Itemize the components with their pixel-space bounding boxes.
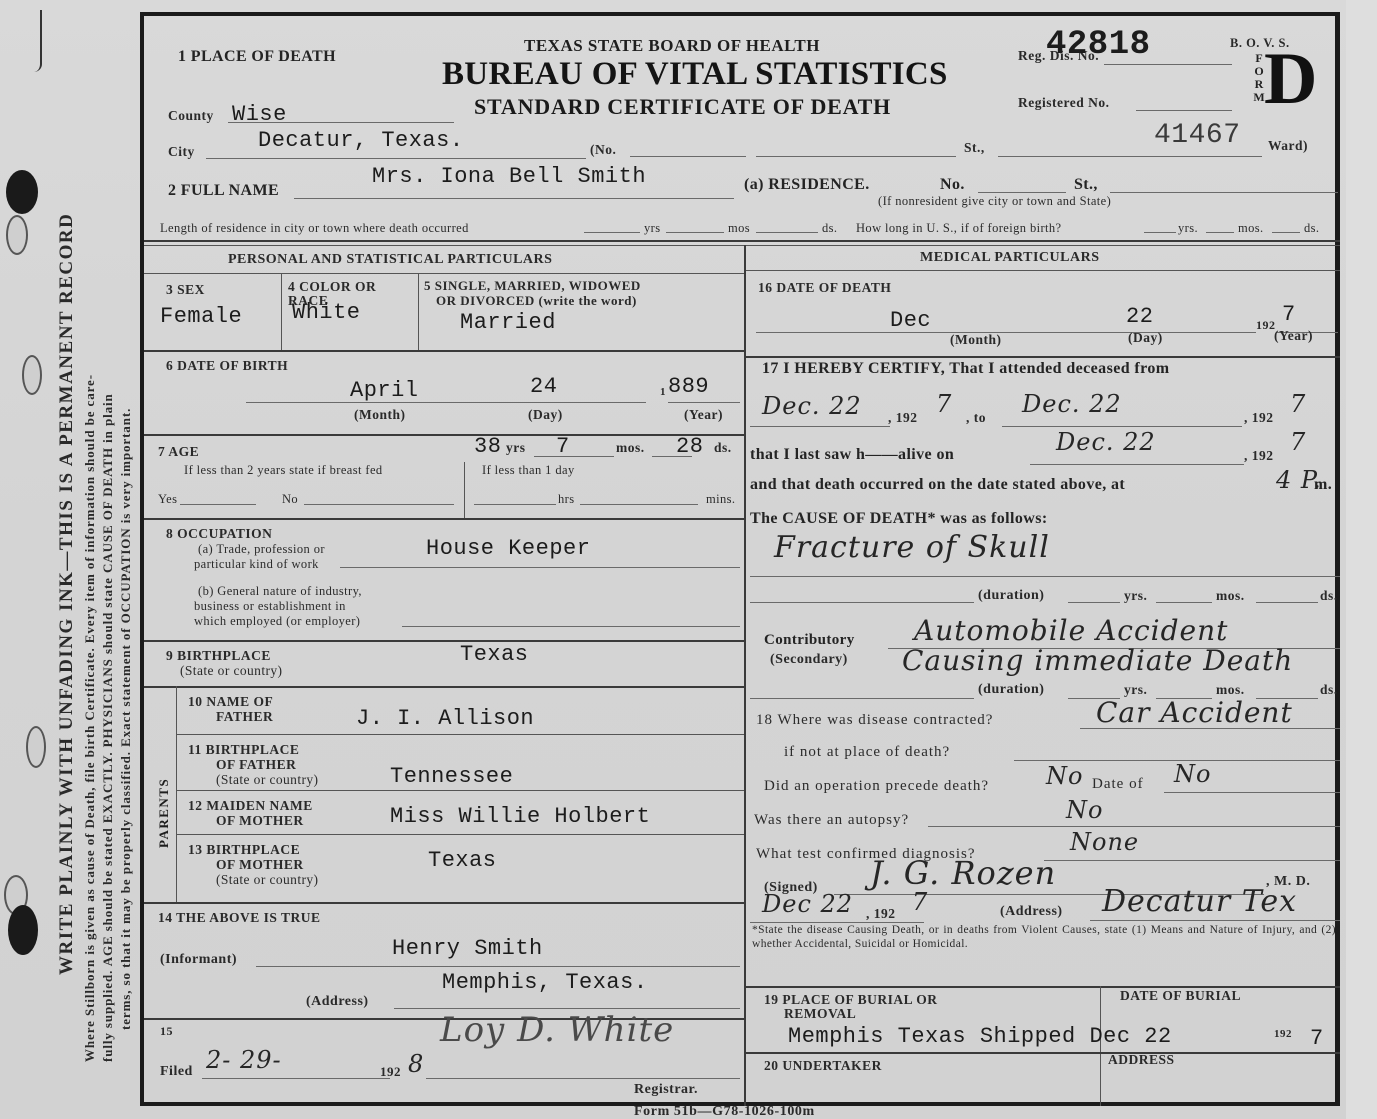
punch-ring-mid [22,355,42,395]
parents-vertical-label: PARENTS [156,778,172,848]
mother-birthplace-label-1: 13 BIRTHPLACE [188,842,300,858]
informant-label: (Informant) [160,952,237,968]
contributory-line-2: Causing immediate Death [902,644,1293,677]
ward-label: Ward) [1268,138,1308,154]
last-saw-statement: that I last saw h——alive on [750,446,954,464]
birthplace-value: Texas [460,642,529,667]
dob-day-caption: (Day) [528,407,563,423]
filed-year-prefix: 192 [380,1064,401,1080]
us-yrs-label: yrs. [1178,221,1198,236]
age-months-label: mos. [616,440,645,456]
mother-birthplace-label-2: OF MOTHER [216,857,304,873]
city-label: City [168,144,195,160]
operation-date-value: No [1174,760,1211,788]
occupation-value: House Keeper [426,536,590,561]
occupation-b-line-3: which employed (or employer) [194,614,360,629]
dod-month-caption: (Month) [950,332,1002,348]
less-than-day-note: If less than 1 day [482,463,575,478]
cause-duration-ds: ds. [1320,588,1338,604]
color-race-value: White [292,300,361,325]
occupation-b-line-1: (b) General nature of industry, [198,584,362,599]
margin-line-2: fully supplied. AGE should be stated EXA… [100,393,116,1062]
cause-of-death-label: The CAUSE OF DEATH* was as follows: [750,510,1048,528]
reg-dist-value: 42818 [1046,26,1151,64]
attended-from-year-prefix: , 192 [888,410,918,426]
residence-st-label: St., [1074,176,1098,194]
disease-contracted-value: Car Accident [1096,696,1293,729]
attended-to-value: Dec. 22 [1022,390,1122,418]
mother-name-value: Miss Willie Holbert [390,804,650,829]
undertaker-address-label: ADDRESS [1108,1052,1175,1068]
date-of-death-label: 16 DATE OF DEATH [758,280,891,296]
breast-fed-note: If less than 2 years state if breast fed [184,463,383,478]
right-edge-strip [1346,0,1377,1119]
cause-duration-mos: mos. [1216,588,1245,604]
marital-status-value: Married [460,310,556,335]
physician-signature: J. G. Rozen [870,854,1056,892]
father-name-label-1: 10 NAME OF [188,694,273,710]
dob-day-value: 24 [530,374,557,399]
certify-statement: 17 I HEREBY CERTIFY, That I attended dec… [762,360,1169,378]
dod-month-value: Dec [890,308,931,333]
filed-year-value: 8 [408,1050,424,1078]
length-yrs-label: yrs [644,221,660,236]
last-saw-year-value: 7 [1290,428,1306,456]
father-name-value: J. I. Allison [356,706,534,731]
father-birthplace-label-1: 11 BIRTHPLACE [188,742,299,758]
death-certificate-page: WRITE PLAINLY WITH UNFADING INK—THIS IS … [0,0,1377,1119]
not-at-place-label: if not at place of death? [784,744,950,761]
last-saw-value: Dec. 22 [1056,428,1156,456]
occupation-label: 8 OCCUPATION [166,526,272,542]
father-birthplace-label-3: (State or country) [216,772,318,788]
marital-status-label-2: OR DIVORCED (write the word) [436,293,637,309]
punch-ring-top [6,215,28,255]
signed-date-value: Dec 22 [762,890,853,918]
mother-birthplace-value: Texas [428,848,497,873]
cause-footnote: *State the disease Causing Death, or in … [752,924,1336,951]
dod-year-prefix: 192 [1256,318,1276,333]
operation-label: Did an operation precede death? [764,778,989,795]
punch-hole-bottom [8,905,38,955]
father-birthplace-label-2: OF FATHER [216,757,296,773]
margin-line-3: terms, so that it may be properly classi… [118,408,134,1030]
birthplace-sublabel: (State or country) [180,663,282,679]
length-of-residence-label: Length of residence in city or town wher… [160,221,469,236]
county-value: Wise [232,102,287,127]
cause-of-death-value: Fracture of Skull [774,530,1050,565]
death-time-statement: and that death occurred on the date stat… [750,476,1125,494]
burial-year-prefix: 192 [1274,1028,1292,1040]
dob-year-prefix: 1 [660,386,666,398]
item-15-label: 15 [160,1024,173,1039]
operation-value: No [1046,762,1083,790]
burial-place-label-2: REMOVAL [784,1006,856,1022]
hours-label: hrs [558,492,574,507]
autopsy-label: Was there an autopsy? [754,812,909,829]
form-code-letter: D [1264,42,1317,116]
us-mos-label: mos. [1238,221,1264,236]
father-birthplace-value: Tennessee [390,764,513,789]
death-time-suffix: m. [1314,476,1332,494]
filed-label: Filed [160,1064,193,1080]
margin-line-1: Where Stillborn is given as cause of Dea… [82,374,98,1062]
cause-duration-yrs: yrs. [1124,588,1147,604]
board-title: TEXAS STATE BOARD OF HEALTH [524,36,820,56]
dob-month-caption: (Month) [354,407,406,423]
burial-year-value: 7 [1310,1026,1324,1051]
signed-year-value: 7 [912,888,928,916]
age-label: 7 AGE [158,444,199,460]
dob-month-value: April [350,378,419,403]
disease-contracted-label: 18 Where was disease contracted? [756,712,993,729]
dod-year-value: 7 [1282,302,1296,327]
diagnosis-test-value: None [1070,828,1139,856]
autopsy-value: No [1066,796,1103,824]
full-name-label: 2 FULL NAME [168,182,279,200]
burial-date-label: DATE OF BURIAL [1120,988,1241,1004]
sex-label: 3 SEX [166,282,205,298]
date-of-birth-label: 6 DATE OF BIRTH [166,358,288,374]
physician-address-label: (Address) [1000,904,1063,920]
punch-hole-top [6,170,38,214]
punch-ring-lower [26,726,46,768]
attended-to-label: , to [966,410,986,426]
dod-day-value: 22 [1126,304,1153,329]
age-years-label: yrs [506,440,526,456]
form-number: Form 51b—G78-1026-100m [634,1104,815,1119]
attended-from-year-value: 7 [936,390,952,418]
sex-value: Female [160,304,242,329]
mother-birthplace-label-3: (State or country) [216,872,318,888]
length-ds-label: ds. [822,221,837,236]
occupation-b-line-2: business or establishment in [194,599,346,614]
bureau-title: BUREAU OF VITAL STATISTICS [442,56,948,93]
length-mos-label: mos [728,221,750,236]
mother-name-label-1: 12 MAIDEN NAME [188,798,313,814]
age-days-label: ds. [714,440,732,456]
residence-label: (a) RESIDENCE. [744,176,870,194]
occupation-a-line-1: (a) Trade, profession or [198,542,325,557]
age-days-value: 28 [676,434,703,459]
foreign-birth-label: How long in U. S., if of foreign birth? [856,221,1062,236]
contributory-line-1: Automobile Accident [914,614,1228,647]
attended-to-year-value: 7 [1290,390,1306,418]
dod-year-caption: (Year) [1274,328,1313,344]
dob-year-value: 889 [668,374,709,399]
attended-to-year-prefix: , 192 [1244,410,1274,426]
street-no-label: (No. [590,142,616,158]
breast-fed-no-label: No [282,492,298,507]
margin-pen-mark [34,10,42,72]
ward-value: 41467 [1154,120,1241,151]
registered-no-label: Registered No. [1018,95,1109,111]
registrar-signature: Loy D. White [440,1010,674,1050]
certificate-form: 1 PLACE OF DEATH TEXAS STATE BOARD OF HE… [140,12,1340,1106]
age-years-value: 38 [474,434,501,459]
contributory-duration-label: (duration) [978,682,1044,698]
street-label: St., [964,140,985,156]
age-months-value: 7 [556,434,570,459]
informant-address-value: Memphis, Texas. [442,970,648,995]
county-label: County [168,108,214,124]
us-ds-label: ds. [1304,221,1319,236]
filed-date-value: 2- 29- [206,1046,282,1074]
dod-day-caption: (Day) [1128,330,1163,346]
left-margin-instructions: WRITE PLAINLY WITH UNFADING INK—THIS IS … [0,0,138,1119]
place-of-death-label: 1 PLACE OF DEATH [178,48,336,66]
minutes-label: mins. [706,492,735,507]
registrar-label: Registrar. [634,1082,698,1098]
residence-no-label: No. [940,176,965,194]
burial-place-value: Memphis Texas Shipped Dec 22 [788,1024,1172,1049]
undertaker-label: 20 UNDERTAKER [764,1058,882,1074]
signed-year-prefix: , 192 [866,906,896,922]
contributory-label: Contributory [764,632,855,649]
attended-from-value: Dec. 22 [762,392,862,420]
informant-value: Henry Smith [392,936,543,961]
mother-name-label-2: OF MOTHER [216,813,304,829]
dob-year-caption: (Year) [684,407,723,423]
marital-status-label-1: 5 SINGLE, MARRIED, WIDOWED [424,278,641,294]
physician-address-value: Decatur Tex [1102,884,1297,919]
secondary-label: (Secondary) [770,652,848,668]
last-saw-year-prefix: , 192 [1244,448,1274,464]
medical-section-title: MEDICAL PARTICULARS [920,250,1100,266]
birthplace-label: 9 BIRTHPLACE [166,648,271,664]
margin-main-instruction: WRITE PLAINLY WITH UNFADING INK—THIS IS … [56,213,78,975]
contributory-duration-ds: ds. [1320,682,1338,698]
breast-fed-yes-label: Yes [158,492,177,507]
city-value: Decatur, Texas. [258,128,464,153]
operation-date-label: Date of [1092,776,1144,793]
nonresident-note: (If nonresident give city or town and St… [878,194,1111,209]
personal-section-title: PERSONAL AND STATISTICAL PARTICULARS [228,252,552,268]
full-name-value: Mrs. Iona Bell Smith [372,164,646,189]
cause-duration-label: (duration) [978,588,1044,604]
occupation-a-line-2: particular kind of work [194,557,319,572]
informant-address-label: (Address) [306,994,369,1010]
father-name-label-2: FATHER [216,709,273,725]
above-is-true-label: 14 THE ABOVE IS TRUE [158,910,321,926]
certificate-title: STANDARD CERTIFICATE OF DEATH [474,94,891,120]
